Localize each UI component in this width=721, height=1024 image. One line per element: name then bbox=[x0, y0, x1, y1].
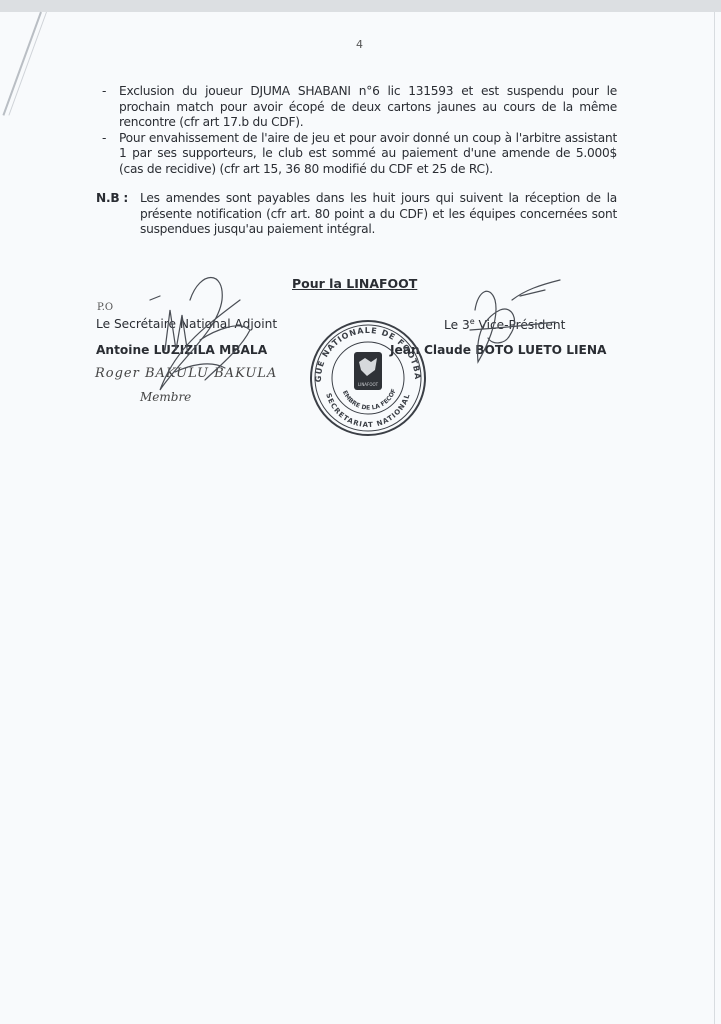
sanction-text: Pour envahissement de l'aire de jeu et p… bbox=[119, 131, 617, 176]
left-signatory-name: Antoine LUZIZILA MBALA bbox=[96, 343, 267, 357]
title-prefix: Le 3 bbox=[444, 318, 470, 332]
bullet-dash: - bbox=[102, 131, 106, 147]
po-annotation: P.O bbox=[97, 302, 113, 313]
sanction-text: Exclusion du joueur DJUMA SHABANI n°6 li… bbox=[119, 84, 617, 129]
paper-right-edge bbox=[714, 12, 715, 1024]
official-stamp: LIGUE NATIONALE DE FOOTBALL SECRETARIAT … bbox=[303, 318, 433, 438]
scan-top-border bbox=[0, 0, 721, 12]
sanction-item: - Pour envahissement de l'aire de jeu et… bbox=[102, 131, 617, 178]
nota-bene: N.B : Les amendes sont payables dans les… bbox=[102, 191, 617, 238]
stamp-logo-text: LINAFOOT bbox=[358, 382, 379, 387]
sanction-item: - Exclusion du joueur DJUMA SHABANI n°6 … bbox=[102, 84, 617, 131]
handwritten-name: Roger BAKULU BAKULA bbox=[95, 366, 277, 381]
closing-heading: Pour la LINAFOOT bbox=[292, 276, 417, 291]
nota-bene-text: Les amendes sont payables dans les huit … bbox=[140, 191, 617, 236]
page-number: 4 bbox=[356, 38, 363, 51]
document-body: - Exclusion du joueur DJUMA SHABANI n°6 … bbox=[102, 84, 617, 238]
handwritten-role: Membre bbox=[140, 390, 191, 404]
bullet-dash: - bbox=[102, 84, 106, 100]
nota-bene-label: N.B : bbox=[96, 191, 128, 207]
left-signatory-title: Le Secrétaire National Adjoint bbox=[96, 317, 277, 331]
title-suffix: Vice-Président bbox=[475, 318, 566, 332]
right-signatory-title: Le 3e Vice-Président bbox=[444, 317, 565, 332]
